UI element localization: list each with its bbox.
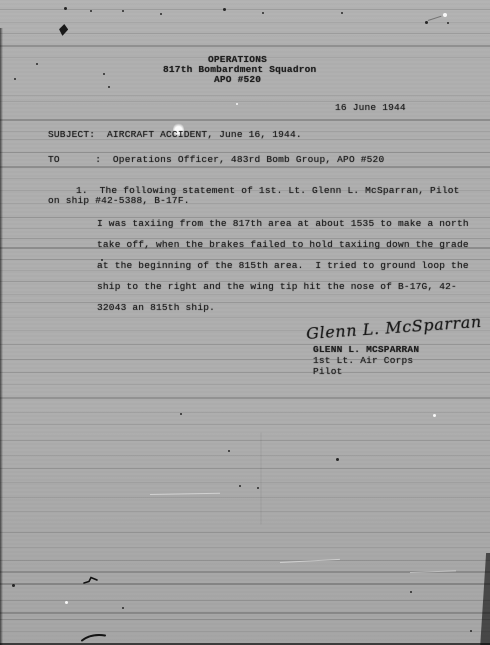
handwritten-signature: Glenn L. McSparran [306, 312, 483, 343]
statement-line-5: 32043 an 815th ship. [97, 303, 215, 313]
paragraph-line-2: on ship #42-5388, B-17F. [48, 196, 190, 206]
document-text-layer: OPERATIONS 817th Bombardment Squadron AP… [0, 0, 490, 645]
letterhead-apo: APO #520 [214, 75, 261, 85]
signature-typed-name: GLENN L. MCSPARRAN [313, 345, 419, 355]
scanned-document-page: OPERATIONS 817th Bombardment Squadron AP… [0, 0, 490, 645]
to-line: TO : Operations Officer, 483rd Bomb Grou… [48, 155, 384, 165]
document-date: 16 June 1944 [335, 103, 406, 113]
signature-title: Pilot [313, 367, 343, 377]
statement-line-2: take off, when the brakes failed to hold… [97, 240, 469, 250]
statement-line-3: at the beginning of the 815th area. I tr… [97, 261, 469, 271]
subject-line: SUBJECT: AIRCRAFT ACCIDENT, June 16, 194… [48, 130, 302, 140]
signature-rank: 1st Lt. Air Corps [313, 356, 413, 366]
statement-line-4: ship to the right and the wing tip hit t… [97, 282, 457, 292]
statement-line-1: I was taxiing from the 817th area at abo… [97, 219, 469, 229]
